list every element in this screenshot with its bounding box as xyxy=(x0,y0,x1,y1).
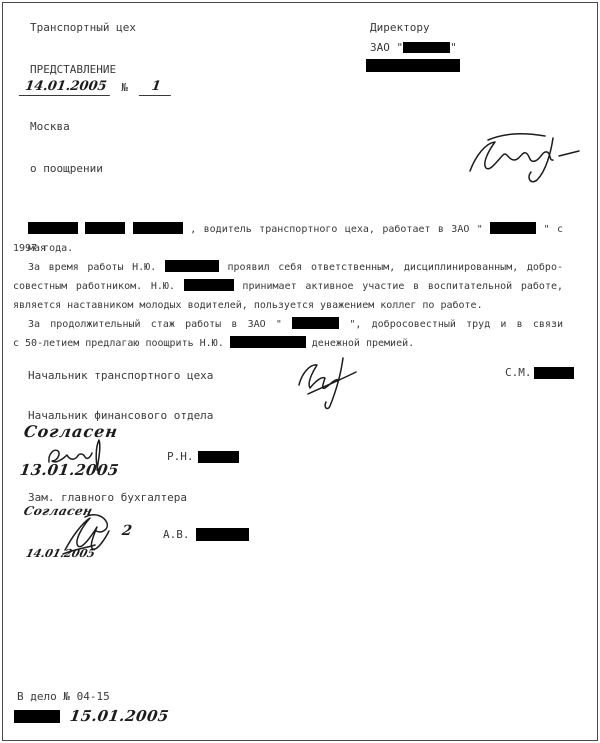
body-text: является наставником молодых водителей, … xyxy=(13,300,483,311)
body-text: проявил себя ответственным, дисциплиниро… xyxy=(227,262,563,273)
redaction-bar xyxy=(490,222,536,234)
transport-head-initials: С.М. xyxy=(505,366,532,379)
redaction-bar xyxy=(184,279,234,291)
file-note: В дело № 04-15 xyxy=(17,690,110,703)
department-label: Транспортный цех xyxy=(30,21,136,34)
redaction-bar xyxy=(230,336,306,348)
director-resolution-signature xyxy=(462,127,587,187)
file-date-line: 15.01.2005 xyxy=(14,707,169,725)
body-text: совестным работником. Н.Ю. xyxy=(13,281,184,292)
city-label: Москва xyxy=(30,120,70,133)
body-text: 1997 года. xyxy=(13,243,73,254)
number-sign: № xyxy=(121,81,128,94)
recipient-org-line: ЗАО " " xyxy=(370,41,457,54)
body-line: За продолжительный стаж работы в ЗАО " "… xyxy=(13,315,563,334)
body-line: За время работы Н.Ю. проявил себя ответс… xyxy=(13,258,563,277)
body-text: принимает активное участие в воспитатель… xyxy=(242,281,563,292)
redaction-bar-accountant-surname xyxy=(196,528,249,541)
transport-head-label: Начальник транспортного цеха xyxy=(28,369,213,382)
doc-type-title: ПРЕДСТАВЛЕНИЕ xyxy=(30,63,116,76)
accountant-initials: А.В. xyxy=(163,528,190,541)
finance-date: 13.01.2005 xyxy=(19,461,120,479)
accountant-date: 14.01.2005 xyxy=(24,547,96,560)
body-text: За время работы Н.Ю. xyxy=(28,262,165,273)
accountant-mark: 2 xyxy=(121,523,133,539)
handwritten-doc-number: 1 xyxy=(139,79,173,96)
body-text: За продолжительный стаж работы в ЗАО " xyxy=(28,319,282,330)
body-text: денежной премией. xyxy=(312,338,414,349)
body-line: 1997 года. xyxy=(13,239,563,258)
accountant-label: Зам. главного бухгалтера xyxy=(28,491,187,504)
redaction-bar xyxy=(165,260,219,272)
body-line: , водитель транспортного цеха, работает … xyxy=(13,220,563,239)
transport-head-signature xyxy=(290,351,365,413)
redaction-bar xyxy=(28,222,78,234)
recipient-title: Директору xyxy=(370,21,430,34)
body-line: с 50-летием предлагаю поощрить Н.Ю. дене… xyxy=(13,334,563,353)
finance-initials: Р.Н. xyxy=(167,450,194,463)
finance-name-line: Р.Н. xyxy=(167,450,239,463)
doc-date-number-line: 14.01.2005 № 1 xyxy=(20,79,172,96)
transport-head-name-line: С.М. xyxy=(505,366,574,379)
redaction-bar xyxy=(85,222,125,234)
body-text: , водитель транспортного цеха, работает … xyxy=(190,224,483,235)
body-line: является наставником молодых водителей, … xyxy=(13,296,563,315)
redaction-bar-transport-surname xyxy=(534,367,574,379)
redaction-bar xyxy=(292,317,339,329)
recipient-org-prefix: ЗАО " xyxy=(370,41,403,54)
body-text: ", добросовестный труд и в связи xyxy=(349,319,563,330)
redaction-bar-finance-surname xyxy=(198,451,239,463)
document-page: Транспортный цех ПРЕДСТАВЛЕНИЕ 14.01.200… xyxy=(0,0,600,743)
redaction-bar xyxy=(133,222,183,234)
file-date: 15.01.2005 xyxy=(69,707,170,725)
finance-head-label: Начальник финансового отдела xyxy=(28,409,213,422)
redaction-bar-recipient-name xyxy=(366,59,460,72)
body-text: с 50-летием предлагаю поощрить Н.Ю. xyxy=(13,338,230,349)
recipient-org-suffix: " xyxy=(450,41,457,54)
accountant-name-line: А.В. xyxy=(163,528,249,541)
subject-label: о поощрении xyxy=(30,162,103,175)
redaction-bar-file-signature xyxy=(14,710,60,723)
document-body: , водитель транспортного цеха, работает … xyxy=(13,220,563,353)
body-line: совестным работником. Н.Ю. принимает акт… xyxy=(13,277,563,296)
redaction-bar xyxy=(403,42,450,53)
handwritten-doc-date: 14.01.2005 xyxy=(19,79,113,96)
